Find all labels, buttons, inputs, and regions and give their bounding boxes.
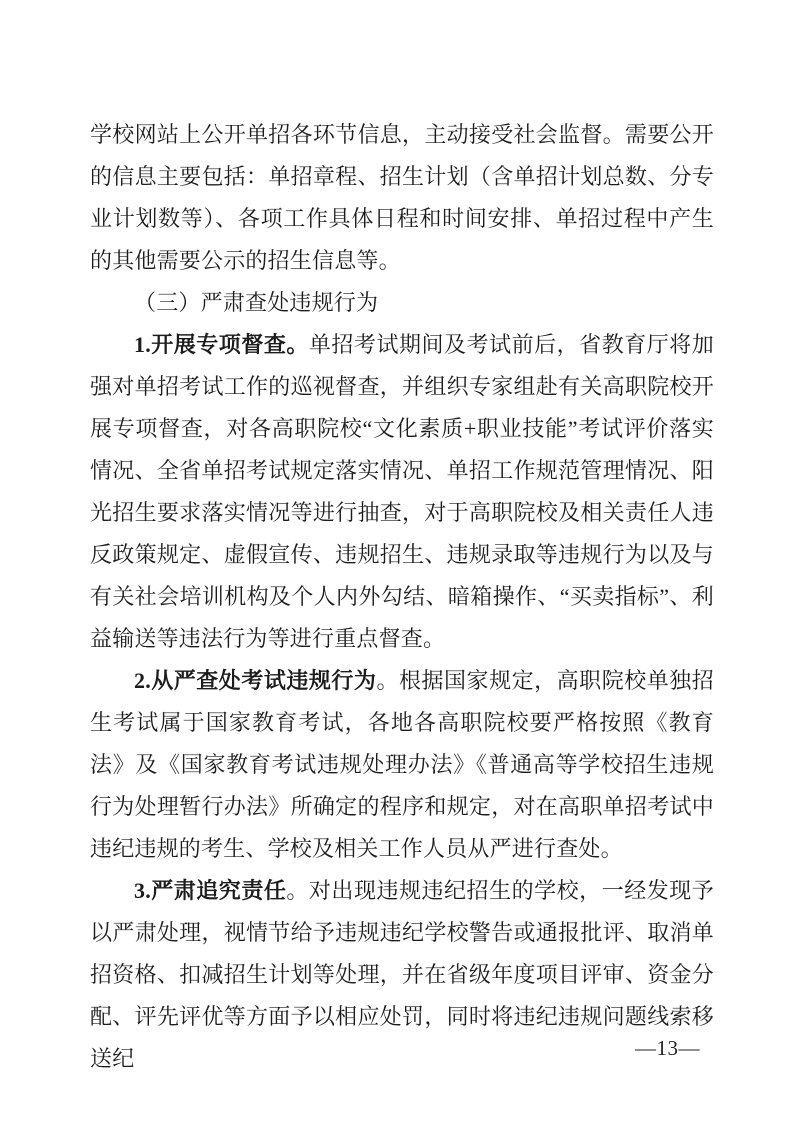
document-page: 学校网站上公开单招各环节信息，主动接受社会监督。需要公开的信息主要包括：单招章程… (0, 0, 793, 1122)
paragraph-continuation: 学校网站上公开单招各环节信息，主动接受社会监督。需要公开的信息主要包括：单招章程… (90, 114, 714, 282)
paragraph-2: 2.从严查处考试违规行为。根据国家规定，高职院校单独招生考试属于国家教育考试，各… (90, 660, 714, 870)
paragraph-3-text: 。对出现违规违纪招生的学校，一经发现予以严肃处理，视情节给予违规违纪学校警告或通… (90, 878, 714, 1071)
paragraph-3: 3.严肃追究责任。对出现违规违纪招生的学校，一经发现予以严肃处理，视情节给予违规… (90, 870, 714, 1080)
paragraph-1-text: 单招考试期间及考试前后，省教育厅将加强对单招考试工作的巡视督查，并组织专家组赴有… (90, 332, 714, 651)
paragraph-2-lead: 2.从严查处考试违规行为 (134, 668, 376, 693)
section-heading: （三）严肃查处违规行为 (90, 282, 714, 324)
paragraph-1-lead: 1.开展专项督查。 (134, 332, 309, 357)
paragraph-3-lead: 3.严肃追究责任 (134, 878, 286, 903)
document-body: 学校网站上公开单招各环节信息，主动接受社会监督。需要公开的信息主要包括：单招章程… (90, 114, 714, 1080)
paragraph-1: 1.开展专项督查。单招考试期间及考试前后，省教育厅将加强对单招考试工作的巡视督查… (90, 324, 714, 660)
page-number: —13— (635, 1036, 700, 1060)
paragraph-2-text: 。根据国家规定，高职院校单独招生考试属于国家教育考试，各地各高职院校要严格按照《… (90, 668, 714, 861)
